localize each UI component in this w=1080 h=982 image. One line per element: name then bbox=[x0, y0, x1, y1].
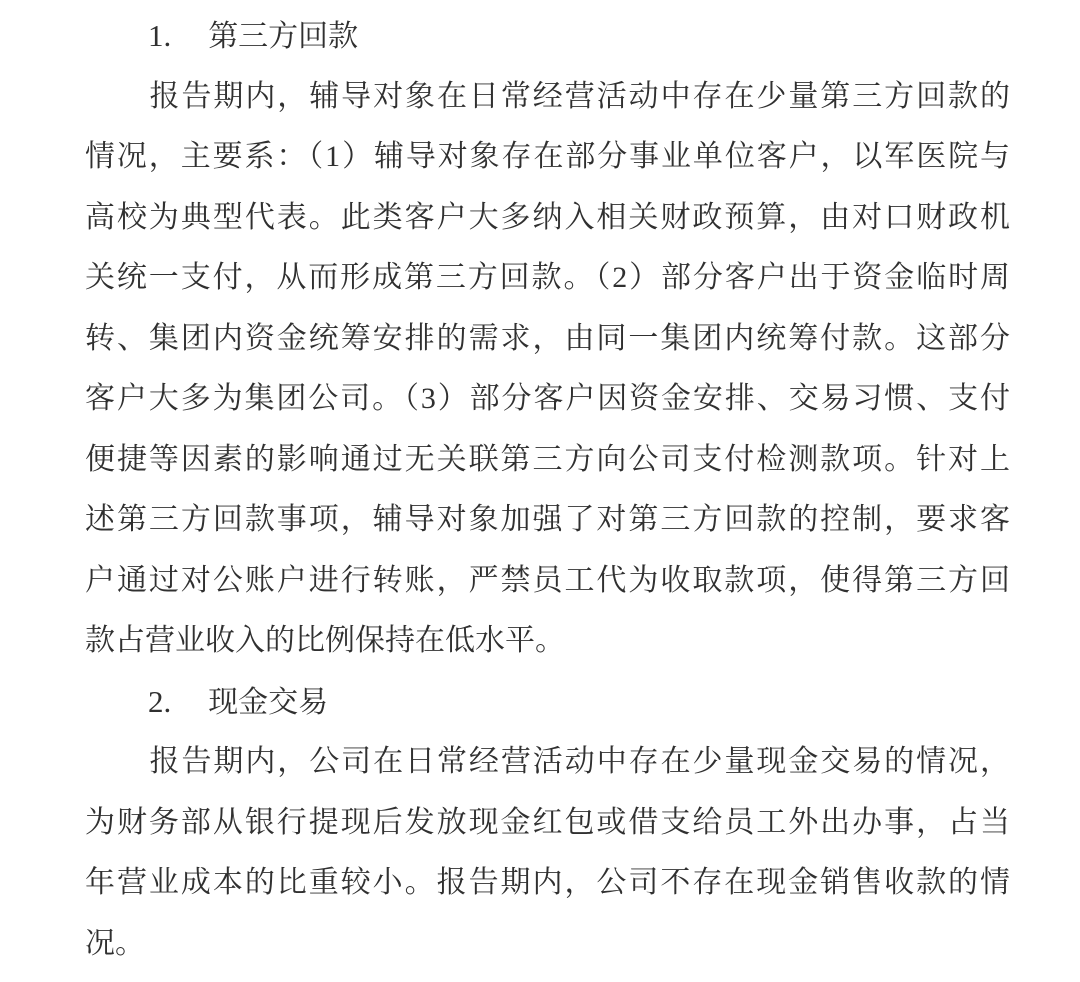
section-1-paragraph: 报告期内，辅导对象在日常经营活动中存在少量第三方回款的 情况，主要系：（1）辅导… bbox=[85, 67, 1010, 672]
paragraph-line: 为财务部从银行提现后发放现金红包或借支给员工外出办事，占当 bbox=[85, 793, 1010, 854]
paragraph-line: 款占营业收入的比例保持在低水平。 bbox=[85, 611, 1010, 672]
paragraph-line: 述第三方回款事项，辅导对象加强了对第三方回款的控制，要求客 bbox=[85, 490, 1010, 551]
paragraph-line: 高校为典型代表。此类客户大多纳入相关财政预算，由对口财政机 bbox=[85, 188, 1010, 249]
paragraph-line: 转、集团内资金统筹安排的需求，由同一集团内统筹付款。这部分 bbox=[85, 309, 1010, 370]
paragraph-line: 户通过对公账户进行转账，严禁员工代为收取款项，使得第三方回 bbox=[85, 551, 1010, 612]
section-1-number: 1. bbox=[148, 6, 171, 67]
document-page: 1. 第三方回款 报告期内，辅导对象在日常经营活动中存在少量第三方回款的 情况，… bbox=[0, 0, 1080, 982]
section-2-heading: 2. 现金交易 bbox=[85, 672, 1010, 733]
paragraph-line: 客户大多为集团公司。（3）部分客户因资金安排、交易习惯、支付 bbox=[85, 369, 1010, 430]
paragraph-line: 情况，主要系：（1）辅导对象存在部分事业单位客户，以军医院与 bbox=[85, 127, 1010, 188]
section-2-number: 2. bbox=[148, 672, 171, 733]
paragraph-line: 报告期内，辅导对象在日常经营活动中存在少量第三方回款的 bbox=[85, 67, 1010, 128]
section-1-heading: 1. 第三方回款 bbox=[85, 6, 1010, 67]
paragraph-line: 关统一支付，从而形成第三方回款。（2）部分客户出于资金临时周 bbox=[85, 248, 1010, 309]
section-2-paragraph: 报告期内，公司在日常经营活动中存在少量现金交易的情况， 为财务部从银行提现后发放… bbox=[85, 732, 1010, 974]
section-2-title: 现金交易 bbox=[208, 686, 328, 719]
paragraph-line: 年营业成本的比重较小。报告期内，公司不存在现金销售收款的情 bbox=[85, 853, 1010, 914]
text-column: 1. 第三方回款 报告期内，辅导对象在日常经营活动中存在少量第三方回款的 情况，… bbox=[85, 6, 1010, 974]
paragraph-line: 况。 bbox=[85, 914, 1010, 975]
paragraph-line: 便捷等因素的影响通过无关联第三方向公司支付检测款项。针对上 bbox=[85, 430, 1010, 491]
paragraph-line: 报告期内，公司在日常经营活动中存在少量现金交易的情况， bbox=[85, 732, 1010, 793]
section-1-title: 第三方回款 bbox=[208, 20, 358, 53]
